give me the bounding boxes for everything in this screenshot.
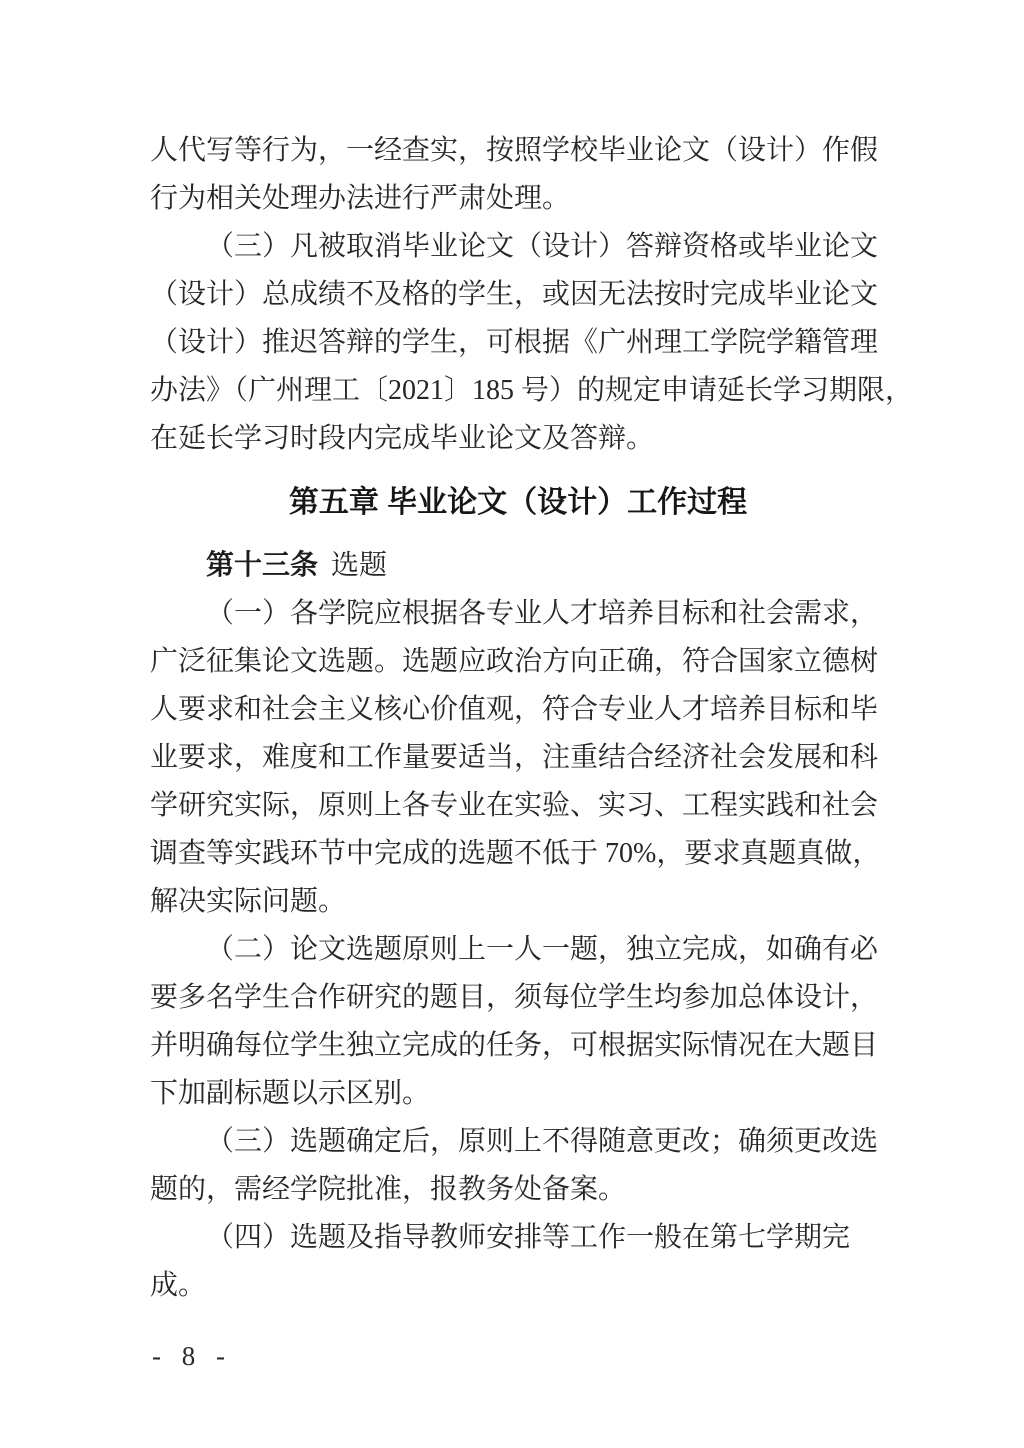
document-body: 人代写等行为，一经查实，按照学校毕业论文（设计）作假 行为相关处理办法进行严肃处… (150, 127, 886, 1310)
text-line: （四）选题及指导教师安排等工作一般在第七学期完 (150, 1214, 886, 1262)
text-line: 调查等实践环节中完成的选题不低于 70%，要求真题真做， (150, 830, 886, 878)
text-line: （三）凡被取消毕业论文（设计）答辩资格或毕业论文 (150, 223, 886, 271)
text-line: 在延长学习时段内完成毕业论文及答辩。 (150, 415, 886, 463)
text-line: 题的，需经学院批准，报教务处备案。 (150, 1166, 886, 1214)
text-line: 成。 (150, 1262, 886, 1310)
text-line: 业要求，难度和工作量要适当，注重结合经济社会发展和科 (150, 734, 886, 782)
text-line: 办法》（广州理工〔2021〕185 号）的规定申请延长学习期限， (150, 367, 886, 415)
text-line: 要多名学生合作研究的题目，须每位学生均参加总体设计， (150, 974, 886, 1022)
text-line: （一）各学院应根据各专业人才培养目标和社会需求， (150, 590, 886, 638)
article-title: 选题 (331, 550, 387, 581)
text-line: 学研究实际，原则上各专业在实验、实习、工程实践和社会 (150, 782, 886, 830)
document-page: 人代写等行为，一经查实，按照学校毕业论文（设计）作假 行为相关处理办法进行严肃处… (0, 0, 1024, 1448)
text-line: 解决实际问题。 (150, 878, 886, 926)
text-line: （二）论文选题原则上一人一题，独立完成，如确有必 (150, 926, 886, 974)
text-line: 人要求和社会主义核心价值观，符合专业人才培养目标和毕 (150, 686, 886, 734)
text-line: 广泛征集论文选题。选题应政治方向正确，符合国家立德树 (150, 638, 886, 686)
chapter-heading: 第五章 毕业论文（设计）工作过程 (150, 479, 886, 527)
text-line: 人代写等行为，一经查实，按照学校毕业论文（设计）作假 (150, 127, 886, 175)
text-line: （设计）推迟答辩的学生，可根据《广州理工学院学籍管理 (150, 319, 886, 367)
text-line: （三）选题确定后，原则上不得随意更改；确须更改选 (150, 1118, 886, 1166)
text-line: 行为相关处理办法进行严肃处理。 (150, 175, 886, 223)
text-line: 并明确每位学生独立完成的任务，可根据实际情况在大题目 (150, 1022, 886, 1070)
article-number: 第十三条 (206, 550, 318, 581)
text-line: 下加副标题以示区别。 (150, 1070, 886, 1118)
page-number: - 8 - (152, 1338, 232, 1374)
article-line: 第十三条选题 (150, 542, 886, 590)
text-line: （设计）总成绩不及格的学生，或因无法按时完成毕业论文 (150, 271, 886, 319)
